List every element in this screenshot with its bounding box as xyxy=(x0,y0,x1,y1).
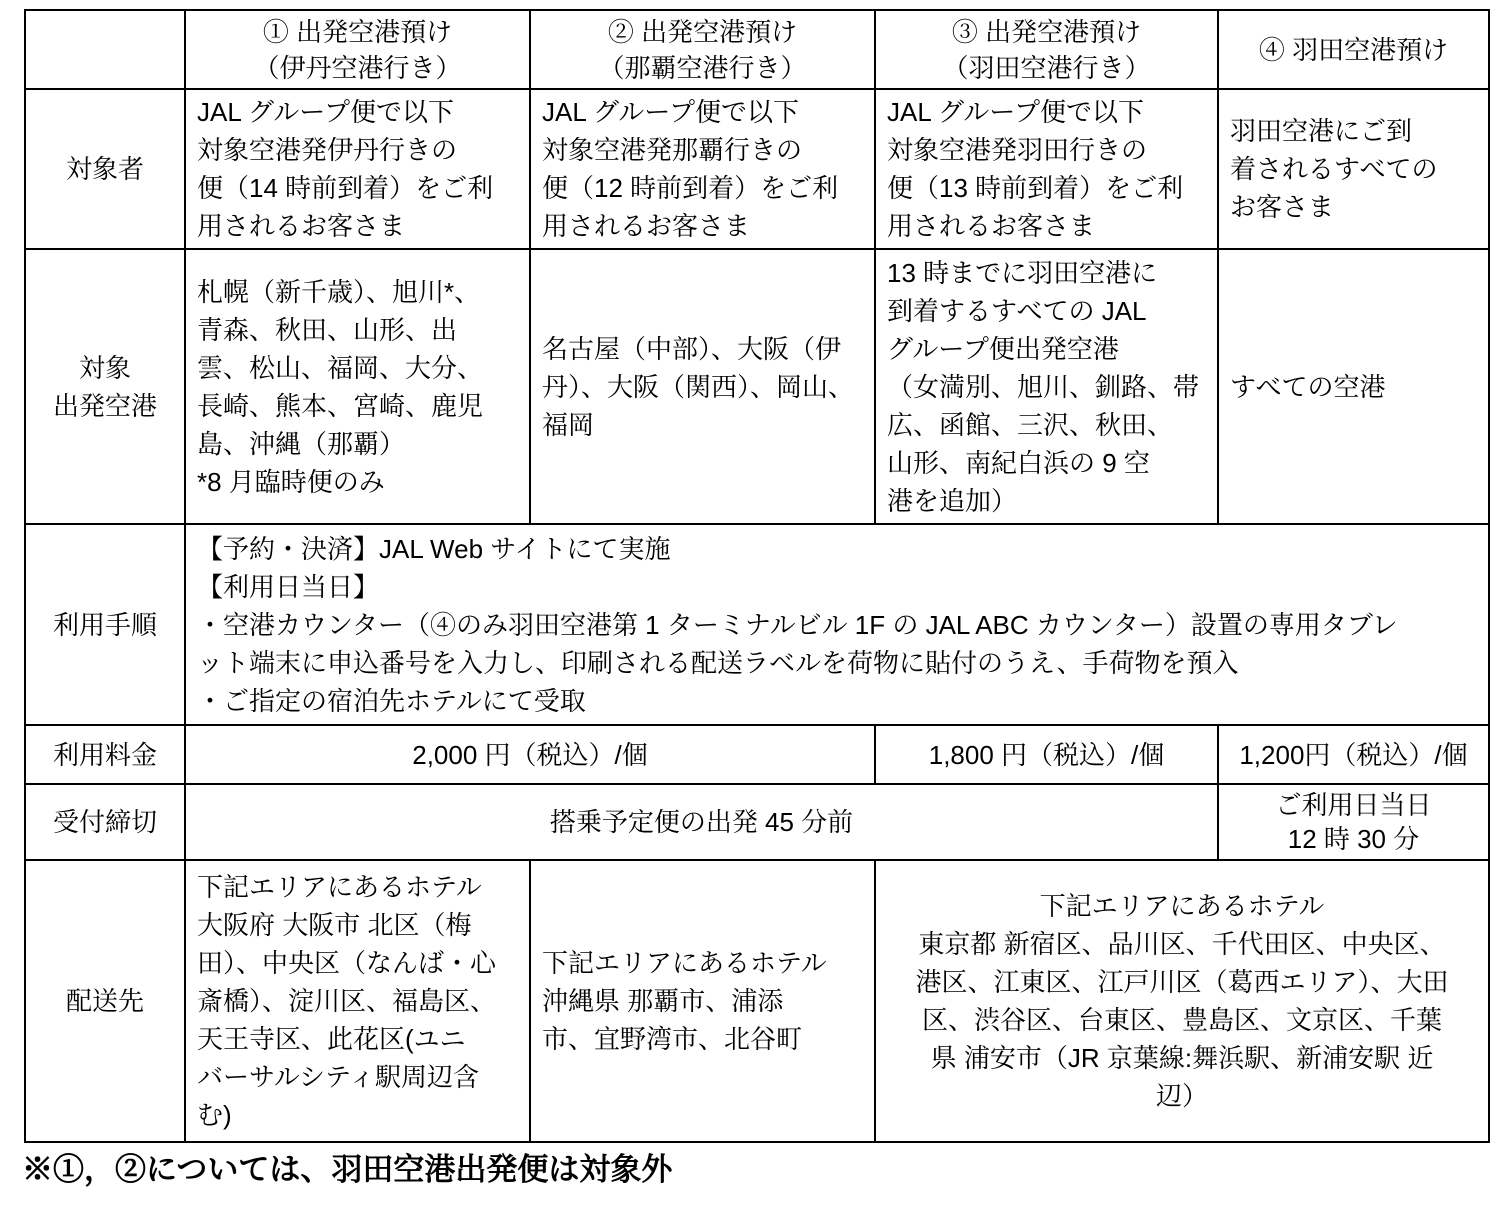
table-header-row: ① 出発空港預け （伊丹空港行き） ② 出発空港預け （那覇空港行き） ③ 出発… xyxy=(25,10,1489,89)
column-header-2: ② 出発空港預け （那覇空港行き） xyxy=(530,10,875,89)
row-usage-procedure: 利用手順 【予約・決済】JAL Web サイトにて実施 【利用日当日】 ・空港カ… xyxy=(25,524,1489,725)
row-usage-fee: 利用料金 2,000 円（税込）/個 1,800 円（税込）/個 1,200円（… xyxy=(25,725,1489,784)
footnote: ※①，②については、羽田空港出発便は対象外 xyxy=(22,1150,672,1190)
table-cell: ご利用日当日 12 時 30 分 xyxy=(1218,784,1489,860)
row-departure-airports: 対象 出発空港 札幌（新千歳）、旭川*、 青森、秋田、山形、出 雲、松山、福岡、… xyxy=(25,249,1489,524)
corner-cell xyxy=(25,10,185,89)
table-cell: 1,200円（税込）/個 xyxy=(1218,725,1489,784)
row-header-eligible-customers: 対象者 xyxy=(25,89,185,249)
row-header-delivery-destination: 配送先 xyxy=(25,860,185,1142)
table-cell: 13 時までに羽田空港に 到着するすべての JAL グループ便出発空港 （女満別… xyxy=(875,249,1218,524)
document-page: ① 出発空港預け （伊丹空港行き） ② 出発空港預け （那覇空港行き） ③ 出発… xyxy=(24,9,1490,1143)
table-cell: JAL グループ便で以下 対象空港発那覇行きの 便（12 時前到着）をご利 用さ… xyxy=(530,89,875,249)
table-cell: 札幌（新千歳）、旭川*、 青森、秋田、山形、出 雲、松山、福岡、大分、 長崎、熊… xyxy=(185,249,530,524)
column-header-3: ③ 出発空港預け （羽田空港行き） xyxy=(875,10,1218,89)
row-header-reception-deadline: 受付締切 xyxy=(25,784,185,860)
row-header-usage-fee: 利用料金 xyxy=(25,725,185,784)
table-cell: JAL グループ便で以下 対象空港発羽田行きの 便（13 時前到着）をご利 用さ… xyxy=(875,89,1218,249)
table-cell: 【予約・決済】JAL Web サイトにて実施 【利用日当日】 ・空港カウンター（… xyxy=(185,524,1489,725)
table-cell: 下記エリアにあるホテル 沖縄県 那覇市、浦添 市、宜野湾市、北谷町 xyxy=(530,860,875,1142)
column-header-4: ④ 羽田空港預け xyxy=(1218,10,1489,89)
column-header-1: ① 出発空港預け （伊丹空港行き） xyxy=(185,10,530,89)
table-cell: 2,000 円（税込）/個 xyxy=(185,725,875,784)
service-comparison-table: ① 出発空港預け （伊丹空港行き） ② 出発空港預け （那覇空港行き） ③ 出発… xyxy=(24,9,1490,1143)
row-header-departure-airports: 対象 出発空港 xyxy=(25,249,185,524)
table-cell: 搭乗予定便の出発 45 分前 xyxy=(185,784,1218,860)
table-cell: 下記エリアにあるホテル 大阪府 大阪市 北区（梅 田）、中央区（なんば・心 斎橋… xyxy=(185,860,530,1142)
table-cell: JAL グループ便で以下 対象空港発伊丹行きの 便（14 時前到着）をご利 用さ… xyxy=(185,89,530,249)
row-delivery-destination: 配送先 下記エリアにあるホテル 大阪府 大阪市 北区（梅 田）、中央区（なんば・… xyxy=(25,860,1489,1142)
table-cell: 羽田空港にご到 着されるすべての お客さま xyxy=(1218,89,1489,249)
row-header-usage-procedure: 利用手順 xyxy=(25,524,185,725)
row-reception-deadline: 受付締切 搭乗予定便の出発 45 分前 ご利用日当日 12 時 30 分 xyxy=(25,784,1489,860)
table-cell: すべての空港 xyxy=(1218,249,1489,524)
table-cell: 下記エリアにあるホテル 東京都 新宿区、品川区、千代田区、中央区、 港区、江東区… xyxy=(875,860,1489,1142)
row-eligible-customers: 対象者 JAL グループ便で以下 対象空港発伊丹行きの 便（14 時前到着）をご… xyxy=(25,89,1489,249)
table-cell: 名古屋（中部）、大阪（伊 丹）、大阪（関西）、岡山、 福岡 xyxy=(530,249,875,524)
table-cell: 1,800 円（税込）/個 xyxy=(875,725,1218,784)
